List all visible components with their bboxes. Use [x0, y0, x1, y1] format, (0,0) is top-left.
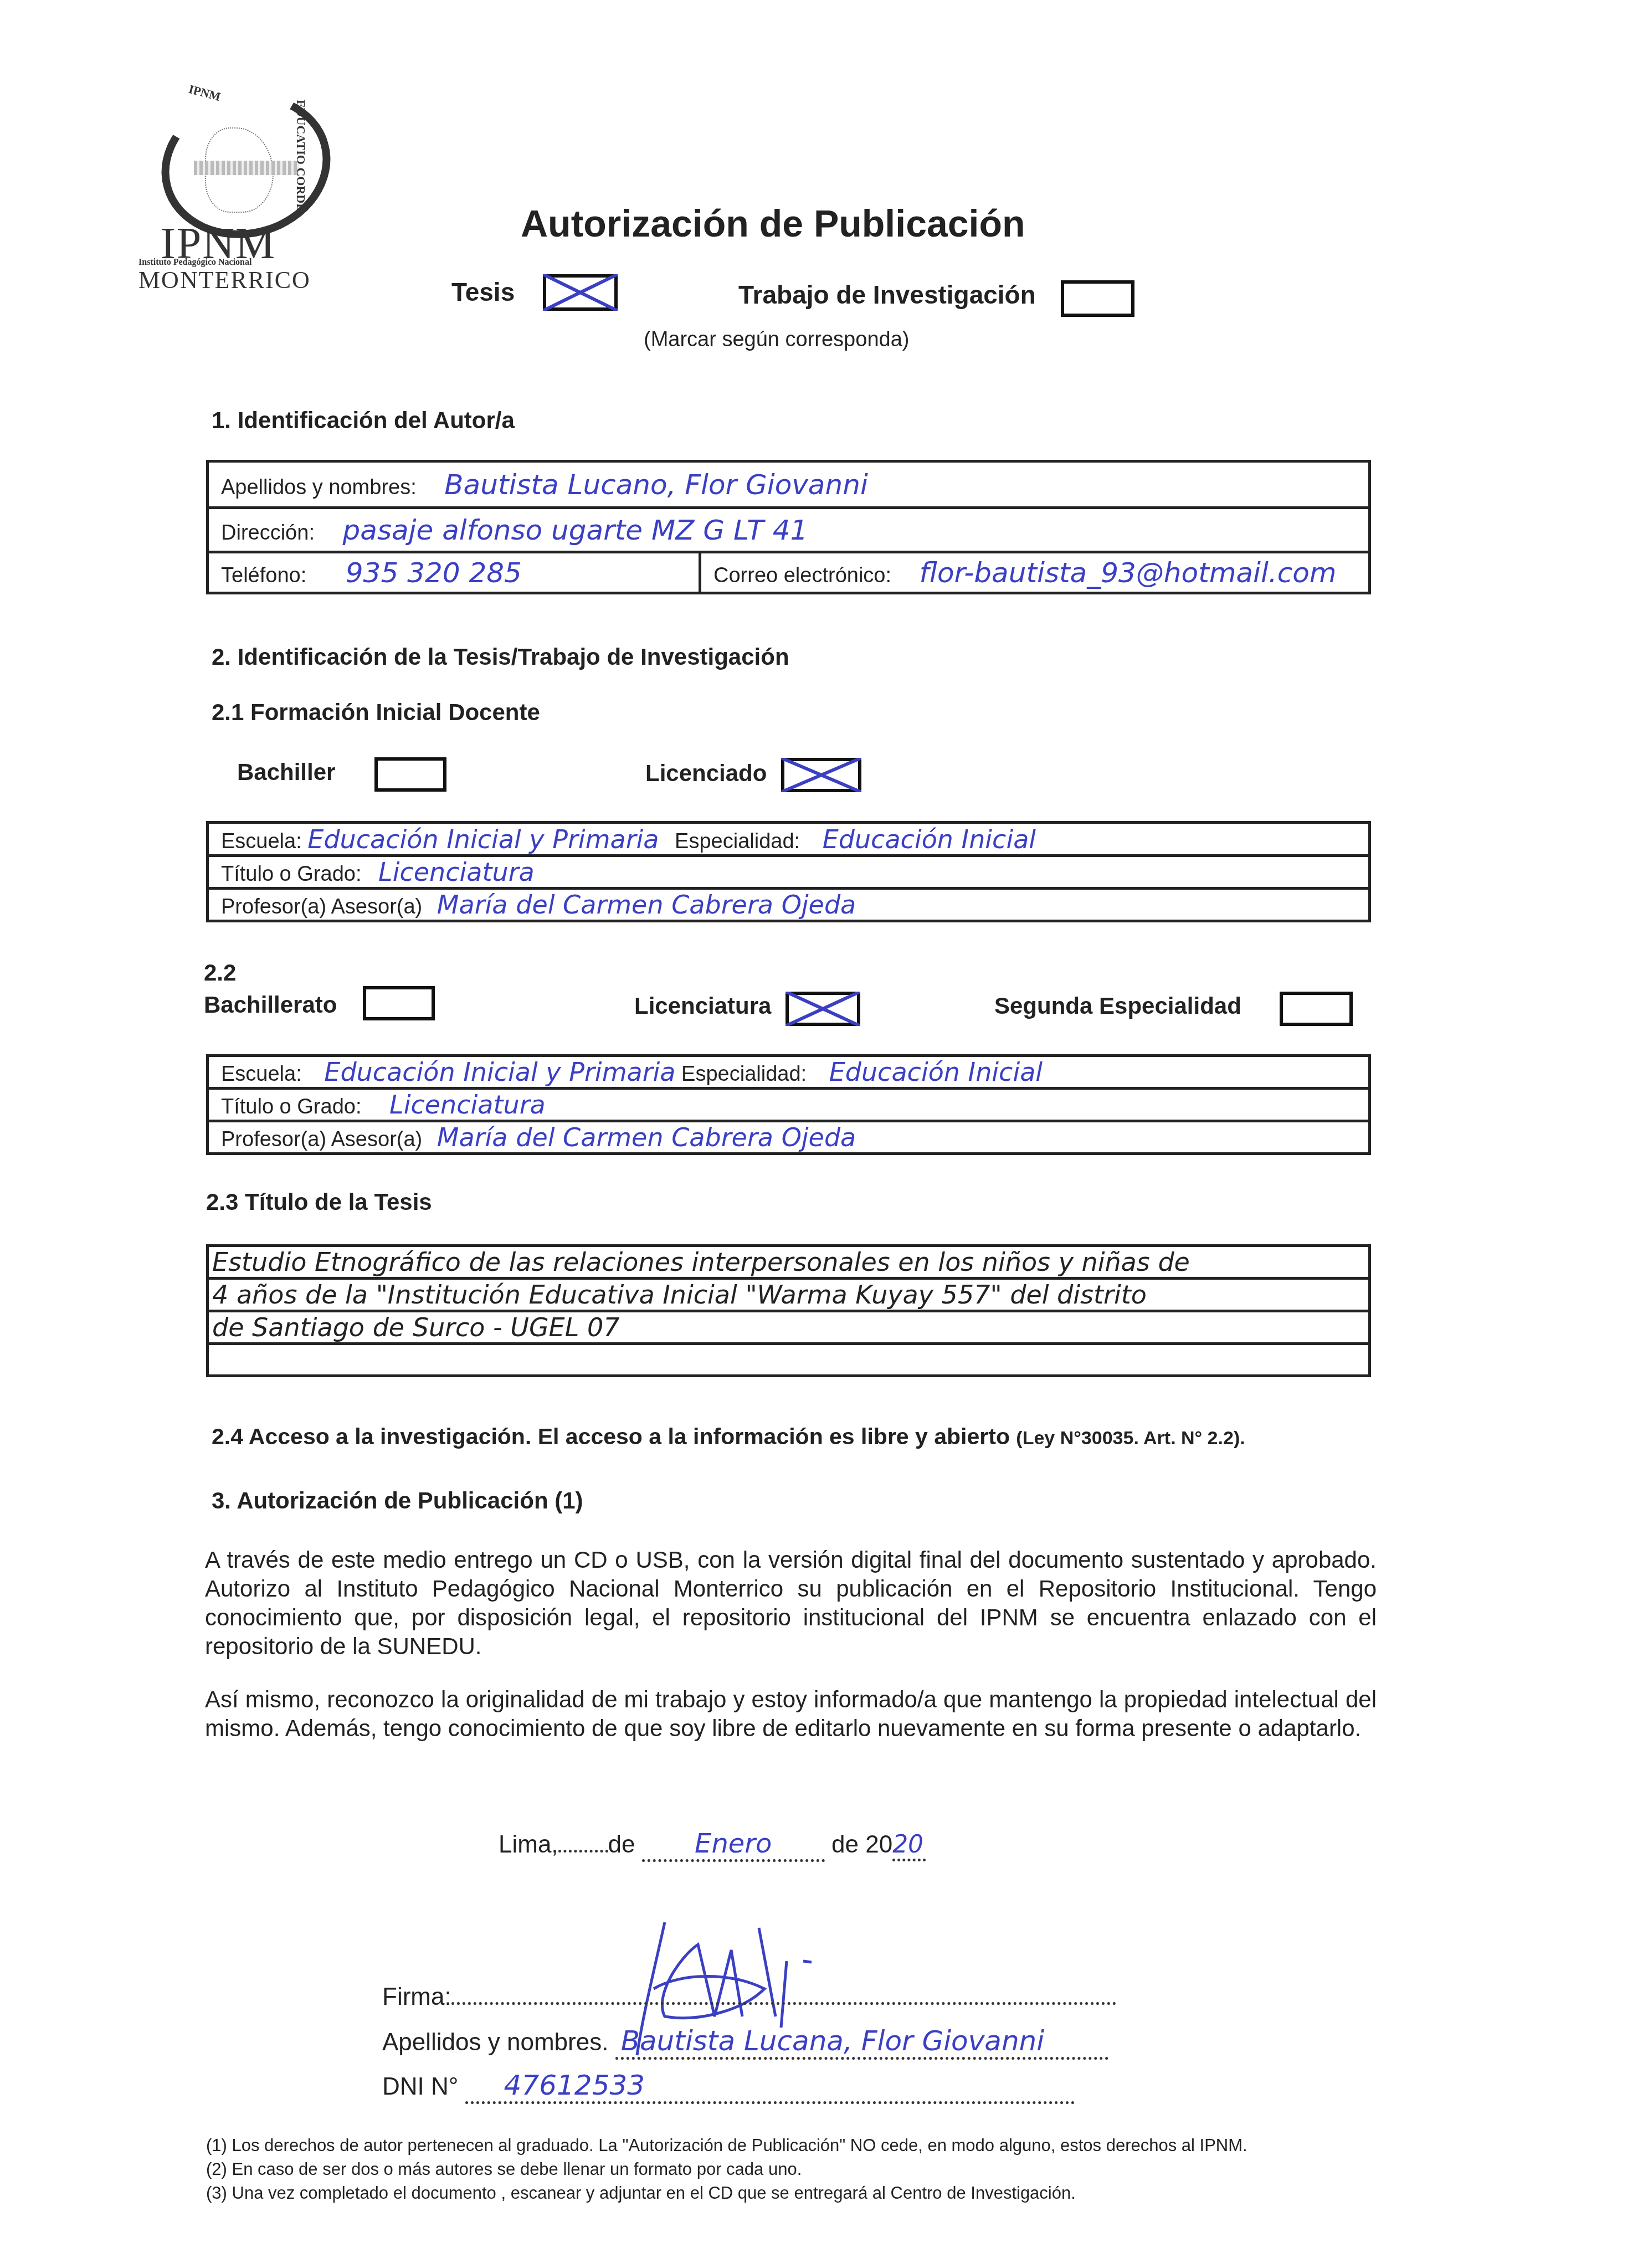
names-row: Apellidos y nombres. Bautista Lucana, Fl… — [382, 2025, 1108, 2060]
especialidad-field[interactable]: Educación Inicial — [823, 824, 1036, 854]
de-label: de — [608, 1831, 635, 1858]
licenciado-checkbox[interactable] — [781, 758, 861, 792]
trabajo-investigacion-checkbox[interactable] — [1061, 280, 1134, 317]
logo-campus: MONTERRICO — [138, 266, 311, 294]
asesor-label: Profesor(a) Asesor(a) — [221, 895, 422, 919]
name-row: Apellidos y nombres: Bautista Lucano, Fl… — [208, 461, 1370, 508]
trabajo-investigacion-label: Trabajo de Investigación — [738, 280, 1036, 310]
asesor-row: Profesor(a) Asesor(a) María del Carmen C… — [208, 889, 1370, 921]
thesis-title-line[interactable] — [208, 1344, 1370, 1376]
mark-hint: (Marcar según corresponda) — [644, 328, 909, 352]
dni-row: DNI N° 47612533 — [382, 2069, 1075, 2104]
tesis-label: Tesis — [451, 277, 515, 307]
authorization-paragraph-1: A través de este medio entrego un CD o U… — [205, 1546, 1377, 1661]
bachillerato-label: Bachillerato — [204, 992, 337, 1018]
section23-heading: 2.3 Título de la Tesis — [206, 1189, 432, 1215]
phone-cell: Teléfono: 935 320 285 — [208, 552, 700, 593]
grado-field[interactable]: Licenciatura — [389, 1090, 546, 1120]
x-mark-icon — [543, 274, 618, 311]
asesor-row: Profesor(a) Asesor(a) María del Carmen C… — [208, 1121, 1370, 1154]
grado-table: Escuela: Educación Inicial y Primaria Es… — [206, 1054, 1371, 1155]
section24-law: (Ley N°30035. Art. N° 2.2). — [1016, 1428, 1245, 1449]
thesis-title-line[interactable]: 4 años de la "Institución Educativa Inic… — [208, 1279, 1370, 1311]
year-field[interactable]: 20 — [892, 1830, 926, 1861]
asesor-field[interactable]: María del Carmen Cabrera Ojeda — [437, 890, 856, 920]
address-label: Dirección: — [221, 521, 315, 545]
licenciatura-label: Licenciatura — [634, 993, 771, 1019]
date-line: Lima,de Enero de 2020 — [499, 1828, 926, 1862]
logo-arc-text: IPNM — [187, 82, 222, 104]
email-field[interactable]: flor-bautista_93@hotmail.com — [920, 557, 1337, 589]
escuela-label: Escuela: — [221, 1063, 302, 1086]
month-field[interactable]: Enero — [642, 1828, 825, 1862]
logo-book-icon — [194, 161, 299, 175]
formacion-table: Escuela: Educación Inicial y Primaria Es… — [206, 821, 1371, 922]
address-row: Dirección: pasaje alfonso ugarte MZ G LT… — [208, 508, 1370, 552]
segunda-especialidad-label: Segunda Especialidad — [994, 993, 1241, 1019]
email-cell: Correo electrónico: flor-bautista_93@hot… — [700, 552, 1370, 593]
thesis-title-line[interactable]: de Santiago de Surco - UGEL 07 — [208, 1311, 1370, 1344]
footnote-3: (3) Una vez completado el documento , es… — [206, 2183, 1076, 2203]
especialidad-label: Especialidad: — [681, 1063, 807, 1086]
section2-heading: 2. Identificación de la Tesis/Trabajo de… — [212, 644, 789, 670]
dni-field[interactable]: 47612533 — [465, 2069, 1075, 2104]
section22-heading: 2.2 — [204, 959, 236, 986]
grado-row: Título o Grado: Licenciatura — [208, 1089, 1370, 1121]
x-mark-icon — [781, 758, 861, 792]
section1-heading: 1. Identificación del Autor/a — [212, 407, 515, 434]
footnote-1: (1) Los derechos de autor pertenecen al … — [206, 2136, 1247, 2156]
tesis-checkbox[interactable] — [543, 274, 618, 311]
bachiller-label: Bachiller — [237, 759, 335, 786]
ipnm-logo: IPNM EDUCATIO CORDE IPNM Instituto Pedag… — [127, 61, 360, 283]
asesor-field[interactable]: María del Carmen Cabrera Ojeda — [437, 1122, 856, 1152]
author-table: Apellidos y nombres: Bautista Lucano, Fl… — [206, 460, 1371, 594]
names-label: Apellidos y nombres. — [382, 2029, 608, 2056]
phone-label: Teléfono: — [221, 564, 306, 587]
escuela-field[interactable]: Educación Inicial y Primaria — [307, 824, 659, 854]
licenciatura-checkbox[interactable] — [786, 992, 860, 1026]
escuela-field[interactable]: Educación Inicial y Primaria — [324, 1057, 675, 1087]
section21-heading: 2.1 Formación Inicial Docente — [212, 699, 540, 726]
escuela-row: Escuela: Educación Inicial y Primaria Es… — [208, 1056, 1370, 1089]
section24-heading: 2.4 Acceso a la investigación. El acceso… — [212, 1424, 1245, 1450]
section24-text: 2.4 Acceso a la investigación. El acceso… — [212, 1424, 1010, 1449]
year-prefix: de 20 — [831, 1831, 892, 1858]
segunda-especialidad-checkbox[interactable] — [1280, 992, 1353, 1026]
signature-field[interactable] — [451, 2002, 1116, 2005]
phone-field[interactable]: 935 320 285 — [346, 557, 522, 589]
name-field[interactable]: Bautista Lucano, Flor Giovanni — [444, 469, 867, 501]
grado-row: Título o Grado: Licenciatura — [208, 856, 1370, 889]
x-mark-icon — [786, 992, 860, 1026]
especialidad-field[interactable]: Educación Inicial — [829, 1057, 1043, 1087]
email-label: Correo electrónico: — [713, 564, 891, 587]
licenciado-label: Licenciado — [645, 760, 767, 787]
place-label: Lima, — [499, 1831, 558, 1858]
thesis-title-line[interactable]: Estudio Etnográfico de las relaciones in… — [208, 1246, 1370, 1279]
bachiller-checkbox[interactable] — [374, 757, 446, 792]
dni-label: DNI N° — [382, 2073, 458, 2100]
logo-motto: EDUCATIO CORDE — [294, 100, 308, 212]
thesis-title-table: Estudio Etnográfico de las relaciones in… — [206, 1244, 1371, 1377]
firma-row: Firma: — [382, 1983, 1116, 2011]
grado-label: Título o Grado: — [221, 863, 361, 886]
grado-label: Título o Grado: — [221, 1095, 361, 1118]
authorization-paragraph-2: Así mismo, reconozco la originalidad de … — [205, 1685, 1377, 1743]
day-field[interactable] — [558, 1850, 608, 1853]
footnote-2: (2) En caso de ser dos o más autores se … — [206, 2159, 802, 2179]
section3-heading: 3. Autorización de Publicación (1) — [212, 1487, 583, 1514]
page-title: Autorización de Publicación — [521, 202, 1025, 245]
bachillerato-checkbox[interactable] — [363, 986, 435, 1020]
names-field[interactable]: Bautista Lucana, Flor Giovanni — [615, 2025, 1108, 2060]
grado-field[interactable]: Licenciatura — [378, 857, 535, 887]
escuela-label: Escuela: — [221, 830, 302, 853]
especialidad-label: Especialidad: — [675, 830, 800, 853]
address-field[interactable]: pasaje alfonso ugarte MZ G LT 41 — [343, 514, 808, 546]
firma-label: Firma: — [382, 1983, 451, 2010]
name-label: Apellidos y nombres: — [221, 476, 417, 499]
escuela-row: Escuela: Educación Inicial y Primaria Es… — [208, 823, 1370, 856]
asesor-label: Profesor(a) Asesor(a) — [221, 1128, 422, 1151]
